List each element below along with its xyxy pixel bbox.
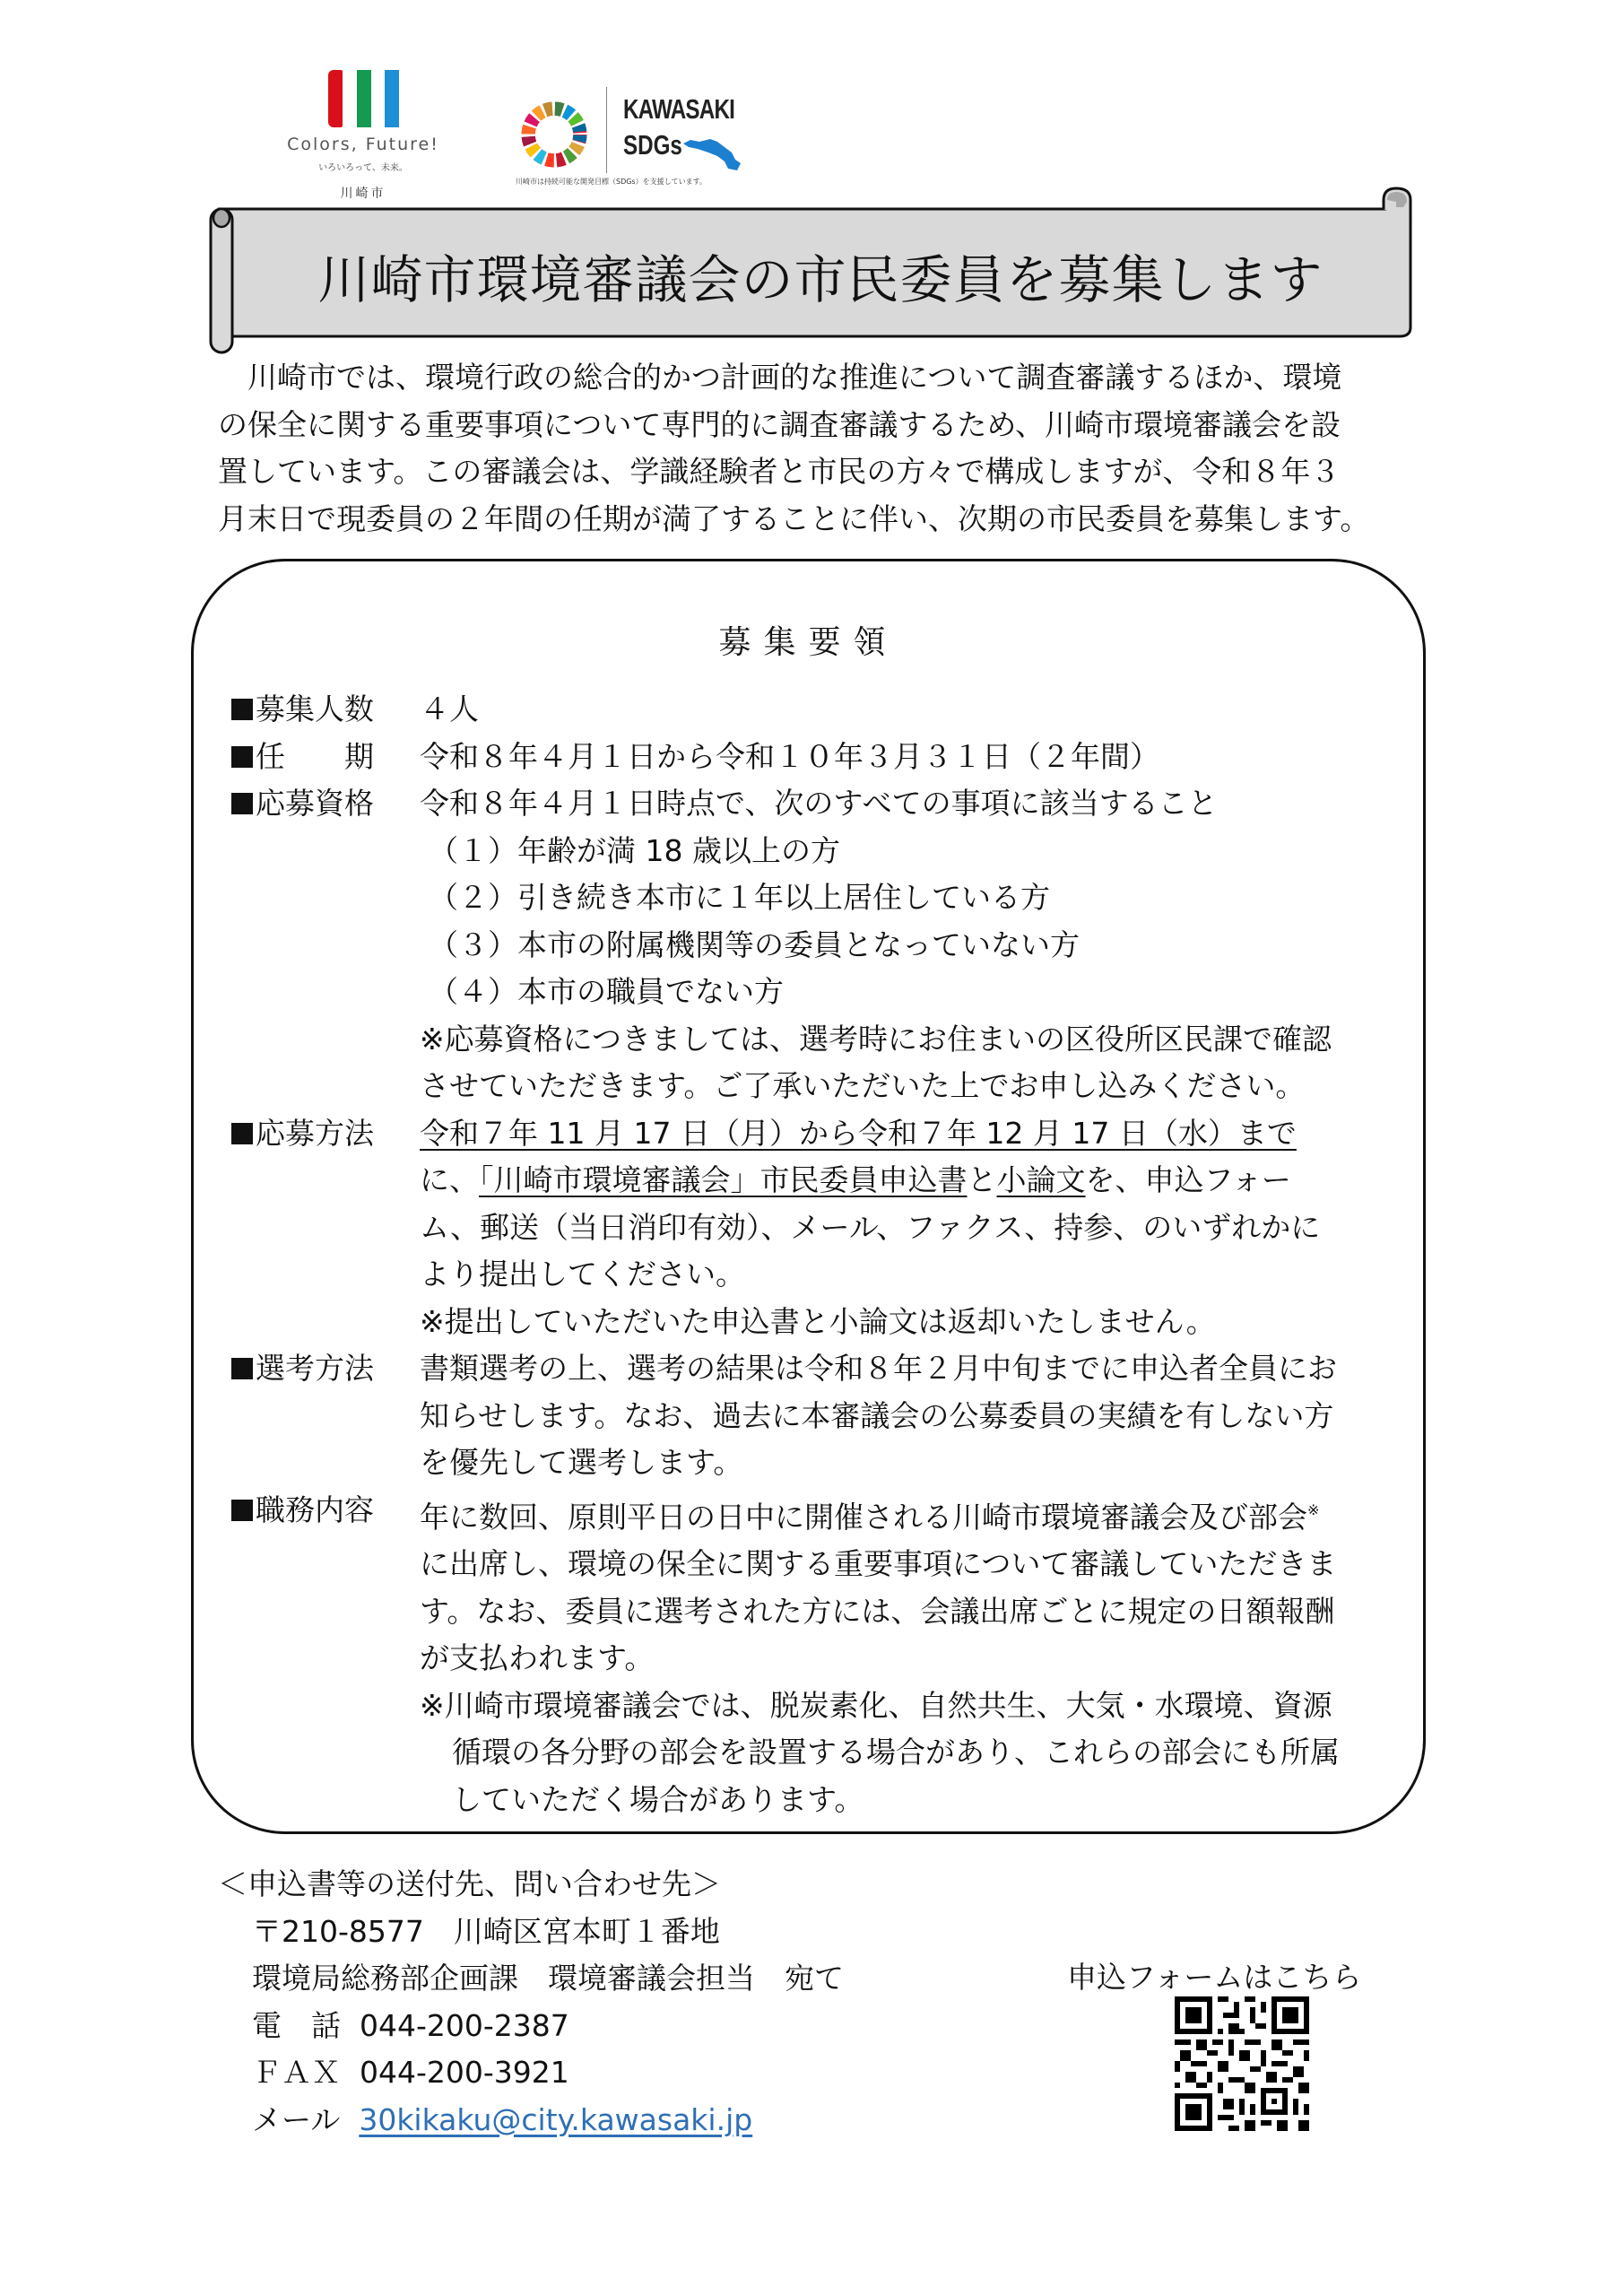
logo-bar-red	[328, 70, 343, 127]
row-label: 選考方法	[231, 1345, 420, 1487]
row-term: 任 期 令和８年４月１日から令和１０年３月３１日（２年間）	[231, 734, 1415, 781]
city-logo-bars	[323, 70, 404, 131]
email-link[interactable]: 30kikaku@city.kawasaki.jp	[359, 2102, 752, 2137]
page-title: 川崎市環境審議会の市民委員を募集します	[233, 238, 1408, 313]
row-value: ４人	[420, 686, 1415, 734]
method-line: より提出してください。	[420, 1251, 1415, 1299]
phone-number: 044-200-2387	[360, 2008, 569, 2043]
logo-bar-blue	[385, 70, 399, 127]
bullet-square-icon	[231, 1500, 253, 1521]
method-line: ム、郵送（当日消印有効）、メール、ファクス、持参、のいずれかに	[420, 1205, 1415, 1252]
row-eligibility: 応募資格 令和８年４月１日時点で、次のすべての事項に該当すること （１）年齢が満…	[231, 780, 1415, 1110]
eligibility-item: （１）年齢が満 18 歳以上の方	[420, 828, 1415, 875]
row-label: 職務内容	[231, 1487, 420, 1824]
row-label: 募集人数	[231, 686, 420, 734]
bullet-square-icon	[231, 1358, 253, 1379]
row-recruit-count: 募集人数 ４人	[231, 686, 1415, 734]
application-form-name: 「川崎市環境審議会」市民委員申込書	[479, 1162, 968, 1197]
row-label: 応募資格	[231, 780, 420, 1110]
guidelines-heading: 募集要領	[191, 617, 1426, 663]
duties-note: ※川崎市環境審議会では、脱炭素化、自然共生、大気・水環境、資源	[420, 1683, 1415, 1730]
sdgs-divider	[606, 87, 607, 173]
duties-line: 年に数回、原則平日の日中に開催される川崎市環境審議会及び部会※	[420, 1487, 1415, 1542]
sdgs-wheel-icon	[520, 100, 588, 169]
eligibility-item: （３）本市の附属機関等の委員となっていない方	[420, 922, 1415, 970]
contact-email: メール 30kikaku@city.kawasaki.jp	[218, 2097, 844, 2144]
footnote-mark: ※	[1307, 1501, 1319, 1518]
bullet-square-icon	[231, 746, 253, 768]
eligibility-note: ※応募資格につきましては、選考時にお住まいの区役所区民課で確認	[420, 1016, 1415, 1064]
city-logo-subtitle: いろいろって、未来。	[273, 160, 453, 173]
duties-line: に出席し、環境の保全に関する重要事項について審議していただきま	[420, 1541, 1415, 1588]
sdgs-logo-line1: KAWASAKI	[623, 93, 734, 126]
sdgs-logo-line2: SDGs	[623, 129, 682, 161]
contact-fax: ＦＡＸ 044-200-3921	[218, 2049, 844, 2097]
method-note: ※提出していただいた申込書と小論文は返却いたしません。	[420, 1299, 1415, 1346]
selection-line: 知らせします。なお、過去に本審議会の公募委員の実績を有しない方	[420, 1393, 1415, 1440]
guidelines-rows: 募集人数 ４人 任 期 令和８年４月１日から令和１０年３月３１日（２年間） 応募…	[231, 686, 1415, 1823]
duties-note: していただく場合があります。	[420, 1777, 1415, 1824]
intro-paragraph: 川崎市では、環境行政の総合的かつ計画的な推進について調査審議するほか、環境 の保…	[218, 354, 1428, 543]
contact-department: 環境局総務部企画課 環境審議会担当 宛て	[218, 1955, 844, 2003]
qr-code-icon[interactable]	[1175, 1996, 1309, 2131]
row-application-method: 応募方法 令和７年 11 月 17 日（月）から令和７年 12 月 17 日（水…	[231, 1110, 1415, 1346]
intro-line: の保全に関する重要事項について専門的に調査審議するため、川崎市環境審議会を設	[218, 402, 1428, 449]
logo-bar-green	[357, 70, 371, 127]
row-label: 任 期	[231, 734, 420, 781]
contact-address: 〒210-8577 川崎区宮本町１番地	[218, 1909, 844, 1956]
application-form-label: 申込フォームはこちら	[1067, 1954, 1361, 1996]
bullet-square-icon	[231, 1123, 253, 1144]
duties-line: が支払われます。	[420, 1635, 1415, 1683]
kawasaki-map-icon	[681, 136, 744, 172]
eligibility-item: （４）本市の職員でない方	[420, 969, 1415, 1016]
city-logo-slogan: Colors, Future!	[273, 135, 453, 154]
row-label: 応募方法	[231, 1110, 420, 1346]
eligibility-intro: 令和８年４月１日時点で、次のすべての事項に該当すること	[420, 780, 1415, 828]
row-selection-method: 選考方法 書類選考の上、選考の結果は令和８年２月中旬までに申込者全員にお 知らせ…	[231, 1345, 1415, 1487]
contact-heading: ＜申込書等の送付先、問い合わせ先＞	[218, 1861, 844, 1909]
selection-line: 書類選考の上、選考の結果は令和８年２月中旬までに申込者全員にお	[420, 1345, 1415, 1393]
intro-line: 置しています。この審議会は、学識経験者と市民の方々で構成しますが、令和８年３	[218, 448, 1428, 496]
application-period: 令和７年 11 月 17 日（月）から令和７年 12 月 17 日（水）まで	[420, 1110, 1415, 1158]
fax-number: 044-200-3921	[360, 2055, 569, 2090]
contact-section: ＜申込書等の送付先、問い合わせ先＞ 〒210-8577 川崎区宮本町１番地 環境…	[218, 1861, 844, 2144]
bullet-square-icon	[231, 699, 253, 720]
contact-phone: 電 話 044-200-2387	[218, 2003, 844, 2050]
selection-line: を優先して選考します。	[420, 1439, 1415, 1487]
method-line: に、「川崎市環境審議会」市民委員申込書と小論文を、申込フォー	[420, 1157, 1415, 1205]
duties-note: 循環の各分野の部会を設置する場合があり、これらの部会にも所属	[420, 1729, 1415, 1777]
row-value: 令和８年４月１日から令和１０年３月３１日（２年間）	[420, 734, 1415, 781]
eligibility-note: させていただきます。ご了承いただいた上でお申し込みください。	[420, 1063, 1415, 1110]
intro-line: 川崎市では、環境行政の総合的かつ計画的な推進について調査審議するほか、環境	[218, 354, 1428, 402]
duties-line: す。なお、委員に選考された方には、会議出席ごとに規定の日額報酬	[420, 1588, 1415, 1636]
bullet-square-icon	[231, 793, 253, 814]
intro-line: 月末日で現委員の２年間の任期が満了することに伴い、次期の市民委員を募集します。	[218, 496, 1428, 544]
essay-name: 小論文	[997, 1162, 1086, 1197]
eligibility-item: （２）引き続き本市に１年以上居住している方	[420, 874, 1415, 922]
row-duties: 職務内容 年に数回、原則平日の日中に開催される川崎市環境審議会及び部会※ に出席…	[231, 1487, 1415, 1824]
